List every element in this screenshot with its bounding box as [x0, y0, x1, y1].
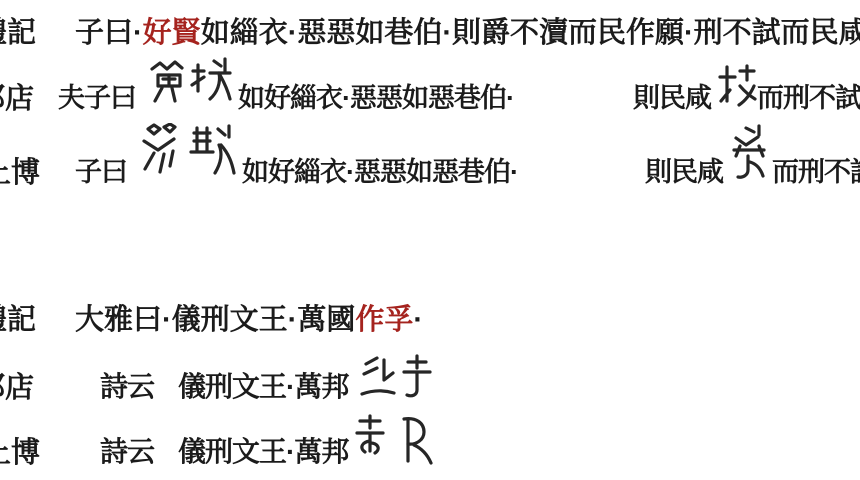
- quote-mid: 如好緇衣·惡惡如惡巷伯·: [242, 150, 518, 189]
- row-guodian-shi: 郭店 詩云 儀刑文王·萬邦: [0, 365, 860, 411]
- chu-script-glyph-zuo-fu-variant: [352, 413, 440, 469]
- text-red-zuofu: 作孚: [355, 304, 413, 336]
- chu-script-glyph-hao-mei: [146, 55, 232, 105]
- chu-script-glyph-zuo-fu: [358, 352, 434, 404]
- quote-prefix: 詩云: [100, 430, 154, 470]
- row-liji-ziyi: 禮記 子曰·好賢如緇衣·惡惡如巷伯·則爵不瀆而民作願·刑不試而民咸服: [0, 10, 860, 56]
- source-label-liji: 禮記: [0, 297, 36, 338]
- text-black: 大雅曰·儀刑文王·萬國: [75, 304, 355, 336]
- quote-text: 大雅曰·儀刑文王·萬國作孚·: [75, 297, 423, 338]
- text-black: 子曰·: [75, 17, 143, 49]
- quote-mid: 如好緇衣·惡惡如惡巷伯·: [238, 76, 514, 115]
- quote-tail: 而刑不試: [772, 150, 860, 189]
- source-label-guodian: 郭店: [0, 76, 34, 117]
- quote-text: 子曰·好賢如緇衣·惡惡如巷伯·則爵不瀆而民作願·刑不試而民咸服: [75, 10, 860, 51]
- quote-mid: 儀刑文王·萬邦: [178, 365, 348, 405]
- row-guodian-ziyi: 郭店 夫子曰 如好緇衣·惡惡如惡巷伯· 則民咸 而刑不試: [0, 76, 860, 122]
- text-black: ·: [413, 304, 423, 336]
- row-shangbo-shi: 上博 詩云 儀刑文王·萬邦: [0, 430, 860, 476]
- chu-script-glyph-hao-mei-variant: [134, 123, 236, 181]
- quote-after-gap: 則民咸: [633, 76, 711, 115]
- row-liji-daya: 禮記 大雅曰·儀刑文王·萬國作孚·: [0, 297, 860, 343]
- quote-prefix: 詩云: [100, 365, 154, 405]
- source-label-guodian: 郭店: [0, 365, 34, 406]
- source-label-shangbo: 上博: [0, 150, 40, 191]
- chu-script-glyph-fu: [716, 59, 758, 111]
- quote-after-gap: 則民咸: [645, 150, 723, 189]
- manuscript-comparison-page: 禮記 子曰·好賢如緇衣·惡惡如巷伯·則爵不瀆而民作願·刑不試而民咸服 郭店 夫子…: [0, 0, 860, 480]
- source-label-liji: 禮記: [0, 10, 36, 51]
- text-black: 如緇衣·惡惡如巷伯·則爵不瀆而民作願·刑不試而民咸: [201, 17, 860, 49]
- quote-mid: 儀刑文王·萬邦: [178, 430, 348, 470]
- text-red-haoxian: 好賢: [143, 17, 201, 49]
- source-label-shangbo: 上博: [0, 430, 40, 471]
- row-shangbo-ziyi: 上博 子曰 如好緇衣·惡惡如惡巷伯· 則民咸 而刑不試: [0, 150, 860, 196]
- chu-script-glyph-fu-variant: [726, 124, 772, 182]
- quote-prefix: 夫子曰: [58, 76, 136, 115]
- quote-tail: 而刑不試: [757, 76, 860, 115]
- quote-prefix: 子曰: [75, 150, 127, 189]
